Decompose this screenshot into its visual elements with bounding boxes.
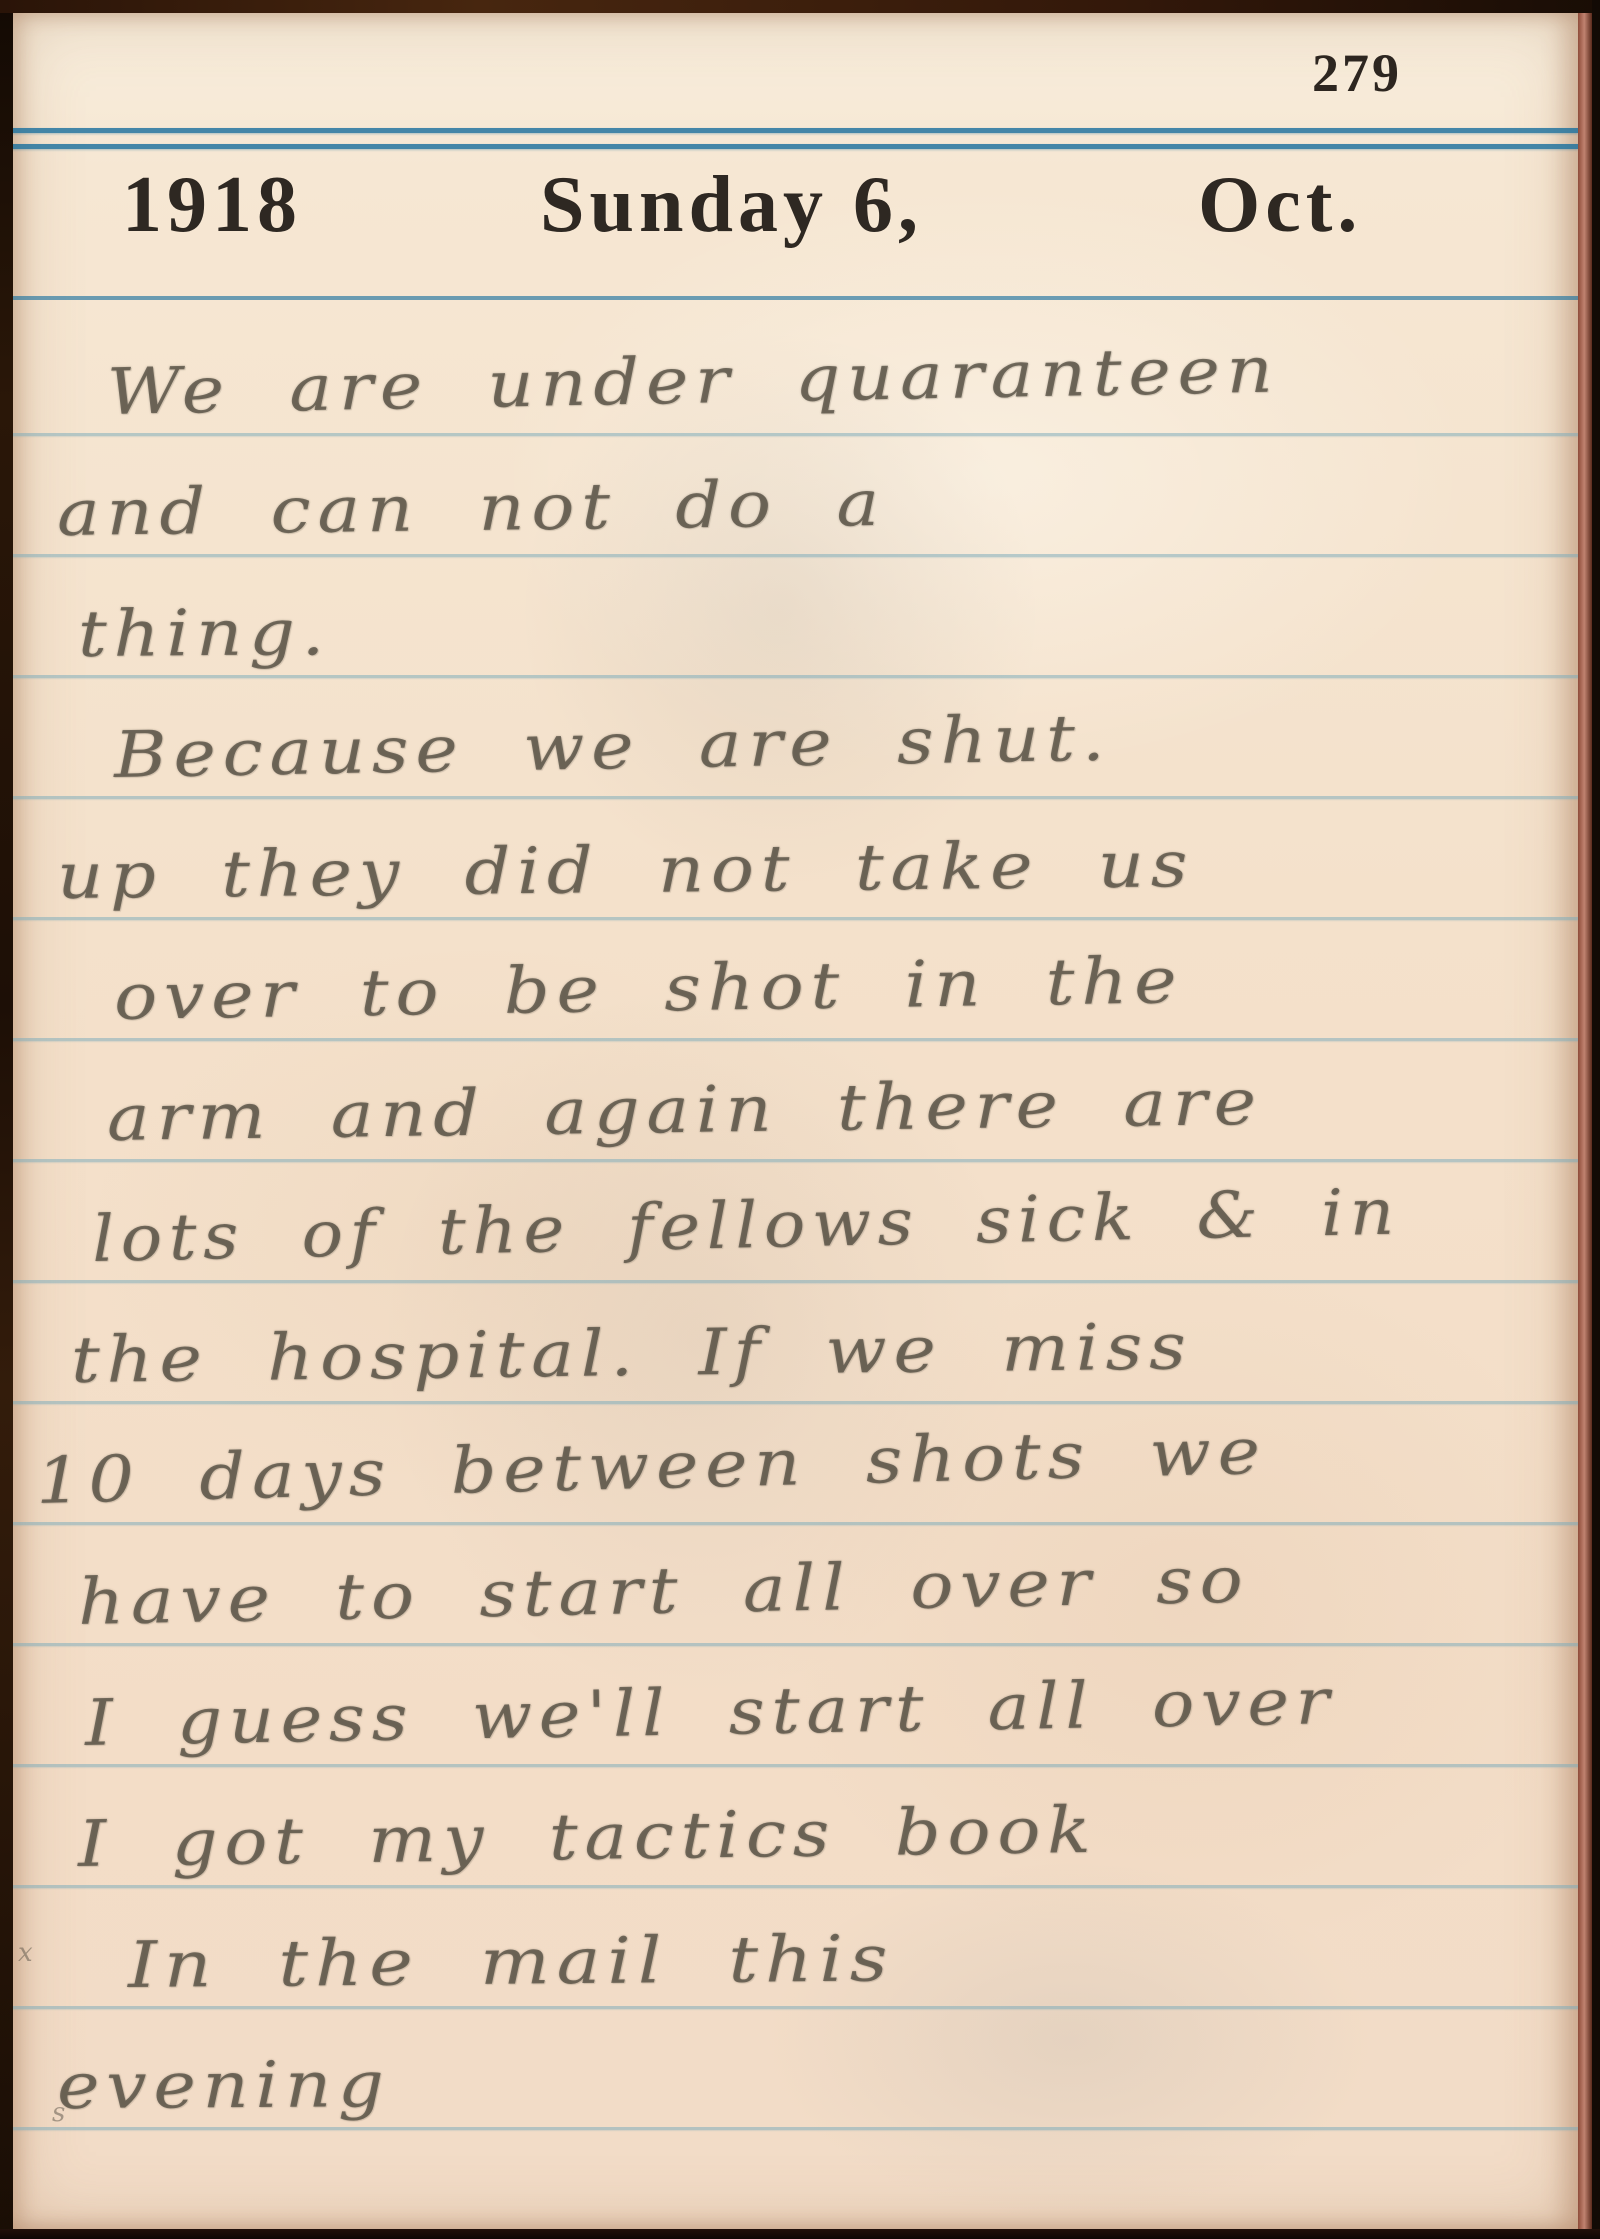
ruled-line: [12, 2127, 1578, 2130]
diary-line: Because we are shut.: [113, 707, 1111, 788]
header-month: Oct.: [1198, 160, 1362, 251]
ruled-line: [12, 917, 1578, 920]
ruled-line: [12, 1885, 1578, 1888]
diary-page-scan: 279 1918 Sunday 6, Oct. We are under qua…: [0, 0, 1600, 2239]
ruled-line: [12, 433, 1578, 436]
diary-line: over to be shot in the: [113, 949, 1183, 1030]
page-edge-bottom: [0, 2229, 1600, 2239]
page-number: 279: [1312, 42, 1402, 104]
ruled-line: [12, 1522, 1578, 1525]
header-year: 1918: [122, 160, 302, 251]
ruled-line: [12, 1159, 1578, 1162]
diary-line: the hospital. If we miss: [71, 1315, 1193, 1393]
diary-line: evening: [57, 2053, 391, 2119]
page-edge-right-dark: [1592, 0, 1600, 2239]
header-day: Sunday 6,: [540, 160, 923, 251]
diary-line: I got my tactics book: [78, 1799, 1098, 1877]
ruled-line: [12, 675, 1578, 678]
ruled-line: [12, 1643, 1578, 1646]
ruled-line: [12, 1764, 1578, 1767]
ruled-line: [12, 796, 1578, 799]
ruled-line: [12, 2006, 1578, 2009]
ruled-line: [12, 1280, 1578, 1283]
binding-edge-left: [0, 0, 13, 2239]
stray-pencil-mark: s: [52, 2098, 65, 2128]
ruled-line: [12, 1038, 1578, 1041]
header-double-rule-bottom: [12, 144, 1578, 149]
diary-line: arm and again there are: [107, 1071, 1264, 1151]
ruled-line: [12, 1401, 1578, 1404]
header-bottom-rule: [12, 296, 1578, 300]
page-edge-red: [1578, 13, 1592, 2229]
header-double-rule-top: [12, 128, 1578, 133]
stray-pencil-mark: x: [18, 1938, 33, 1968]
diary-line: In the mail this: [128, 1927, 895, 1998]
diary-line: thing.: [78, 601, 331, 667]
page-edge-top: [0, 0, 1600, 13]
ruled-line: [12, 554, 1578, 557]
diary-line: and can not do a: [57, 472, 887, 546]
diary-line: up they did not take us: [57, 833, 1195, 909]
